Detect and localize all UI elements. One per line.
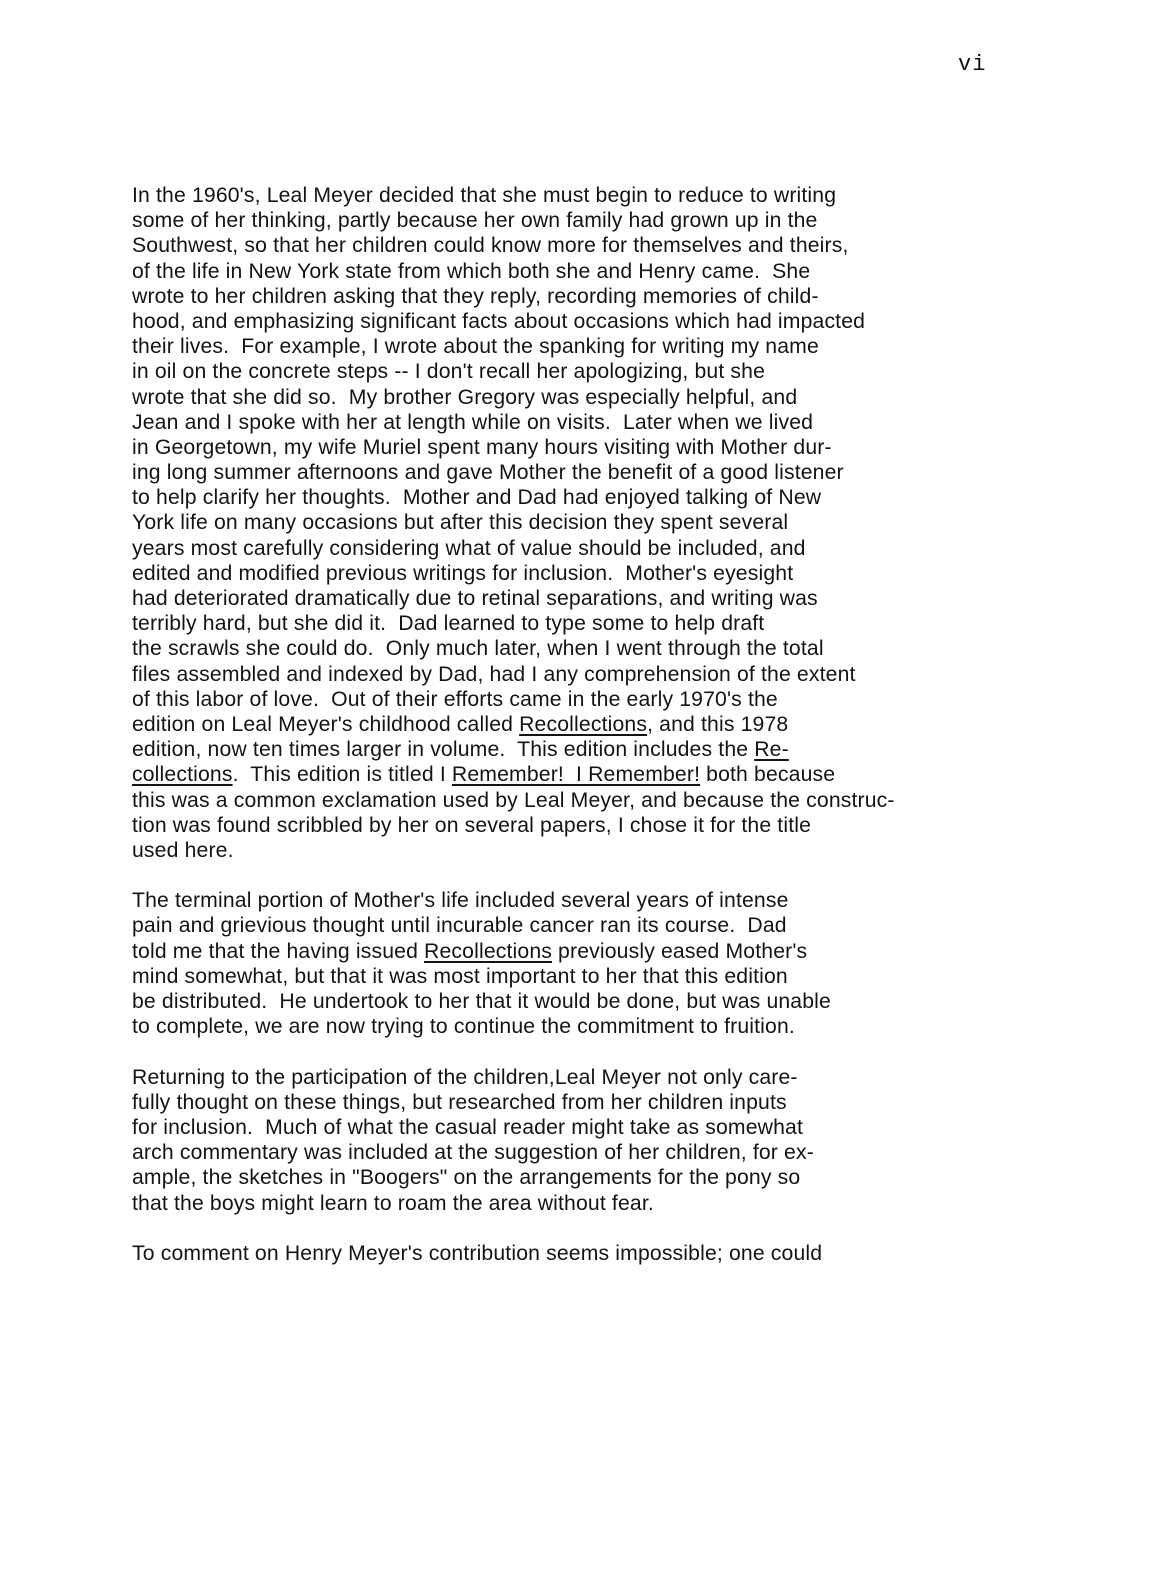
text-segment: to complete, we are now trying to contin… [132,1015,795,1038]
text-line: to complete, we are now trying to contin… [132,1014,1142,1039]
text-segment: ample, the sketches in "Boogers" on the … [132,1166,800,1189]
text-segment: arch commentary was included at the sugg… [132,1141,814,1164]
text-line: the scrawls she could do. Only much late… [132,636,1142,661]
text-segment: in Georgetown, my wife Muriel spent many… [132,436,832,459]
text-segment: Returning to the participation of the ch… [132,1066,798,1089]
text-line: in Georgetown, my wife Muriel spent many… [132,435,1142,460]
text-segment: both because [700,763,835,786]
paragraph: To comment on Henry Meyer's contribution… [132,1241,1142,1266]
text-segment: edition, now ten times larger in volume.… [132,738,754,761]
text-segment: some of her thinking, partly because her… [132,209,818,232]
underlined-title: collections [132,763,233,786]
text-line: mind somewhat, but that it was most impo… [132,964,1142,989]
text-line: wrote that she did so. My brother Gregor… [132,385,1142,410]
underlined-title: Recollections [519,713,647,736]
text-line: In the 1960's, Leal Meyer decided that s… [132,183,1142,208]
text-line: had deteriorated dramatically due to ret… [132,586,1142,611]
text-segment: The terminal portion of Mother's life in… [132,889,789,912]
text-segment: used here. [132,839,234,862]
text-segment: years most carefully considering what of… [132,537,806,560]
paragraph: In the 1960's, Leal Meyer decided that s… [132,183,1142,863]
text-segment: their lives. For example, I wrote about … [132,335,819,358]
text-line: ing long summer afternoons and gave Moth… [132,460,1142,485]
text-line: To comment on Henry Meyer's contribution… [132,1241,1142,1266]
text-segment: wrote to her children asking that they r… [132,285,819,308]
text-line: of this labor of love. Out of their effo… [132,687,1142,712]
text-line: to help clarify her thoughts. Mother and… [132,485,1142,510]
text-line: wrote to her children asking that they r… [132,284,1142,309]
text-line: edition, now ten times larger in volume.… [132,737,1142,762]
text-line: fully thought on these things, but resea… [132,1090,1142,1115]
paragraph: The terminal portion of Mother's life in… [132,888,1142,1039]
text-segment: the scrawls she could do. Only much late… [132,637,824,660]
text-segment: had deteriorated dramatically due to ret… [132,587,818,610]
text-line: hood, and emphasizing significant facts … [132,309,1142,334]
text-segment: files assembled and indexed by Dad, had … [132,663,856,686]
text-segment: ing long summer afternoons and gave Moth… [132,461,844,484]
text-segment: be distributed. He undertook to her that… [132,990,831,1013]
text-segment: , and this 1978 [647,713,788,736]
text-segment: for inclusion. Much of what the casual r… [132,1116,803,1139]
text-line: tion was found scribbled by her on sever… [132,813,1142,838]
text-line: this was a common exclamation used by Le… [132,788,1142,813]
text-segment: In the 1960's, Leal Meyer decided that s… [132,184,836,207]
text-segment: To comment on Henry Meyer's contribution… [132,1242,822,1265]
text-segment: . This edition is titled I [233,763,452,786]
document-body: In the 1960's, Leal Meyer decided that s… [132,183,1142,1291]
text-segment: edited and modified previous writings fo… [132,562,793,585]
page-number: vi [958,52,986,77]
text-segment: Southwest, so that her children could kn… [132,234,849,257]
text-segment: of the life in New York state from which… [132,260,810,283]
text-line: used here. [132,838,1142,863]
text-line: some of her thinking, partly because her… [132,208,1142,233]
text-line: told me that the having issued Recollect… [132,939,1142,964]
paragraph: Returning to the participation of the ch… [132,1065,1142,1216]
text-segment: this was a common exclamation used by Le… [132,789,895,812]
text-line: collections. This edition is titled I Re… [132,762,1142,787]
text-segment: pain and grievious thought until incurab… [132,914,787,937]
text-segment: that the boys might learn to roam the ar… [132,1192,654,1215]
text-line: be distributed. He undertook to her that… [132,989,1142,1014]
text-segment: of this labor of love. Out of their effo… [132,688,778,711]
underlined-title: Re- [754,738,789,761]
text-line: that the boys might learn to roam the ar… [132,1191,1142,1216]
text-line: their lives. For example, I wrote about … [132,334,1142,359]
text-segment: hood, and emphasizing significant facts … [132,310,865,333]
text-segment: fully thought on these things, but resea… [132,1091,787,1114]
text-line: arch commentary was included at the sugg… [132,1140,1142,1165]
text-segment: told me that the having issued [132,940,424,963]
text-line: ample, the sketches in "Boogers" on the … [132,1165,1142,1190]
text-line: The terminal portion of Mother's life in… [132,888,1142,913]
underlined-title: Recollections [424,940,552,963]
text-segment: to help clarify her thoughts. Mother and… [132,486,821,509]
text-line: files assembled and indexed by Dad, had … [132,662,1142,687]
text-line: Jean and I spoke with her at length whil… [132,410,1142,435]
underlined-title: Remember! I Remember! [452,763,700,786]
text-line: pain and grievious thought until incurab… [132,913,1142,938]
text-segment: in oil on the concrete steps -- I don't … [132,360,765,383]
text-line: Southwest, so that her children could kn… [132,233,1142,258]
text-line: in oil on the concrete steps -- I don't … [132,359,1142,384]
text-segment: Jean and I spoke with her at length whil… [132,411,813,434]
text-line: Returning to the participation of the ch… [132,1065,1142,1090]
text-line: edited and modified previous writings fo… [132,561,1142,586]
text-segment: tion was found scribbled by her on sever… [132,814,811,837]
text-line: of the life in New York state from which… [132,259,1142,284]
text-segment: mind somewhat, but that it was most impo… [132,965,788,988]
text-segment: York life on many occasions but after th… [132,511,788,534]
text-segment: previously eased Mother's [552,940,807,963]
text-line: edition on Leal Meyer's childhood called… [132,712,1142,737]
text-line: for inclusion. Much of what the casual r… [132,1115,1142,1140]
text-segment: edition on Leal Meyer's childhood called [132,713,519,736]
text-line: York life on many occasions but after th… [132,510,1142,535]
text-segment: wrote that she did so. My brother Gregor… [132,386,797,409]
text-line: terribly hard, but she did it. Dad learn… [132,611,1142,636]
text-segment: terribly hard, but she did it. Dad learn… [132,612,764,635]
text-line: years most carefully considering what of… [132,536,1142,561]
